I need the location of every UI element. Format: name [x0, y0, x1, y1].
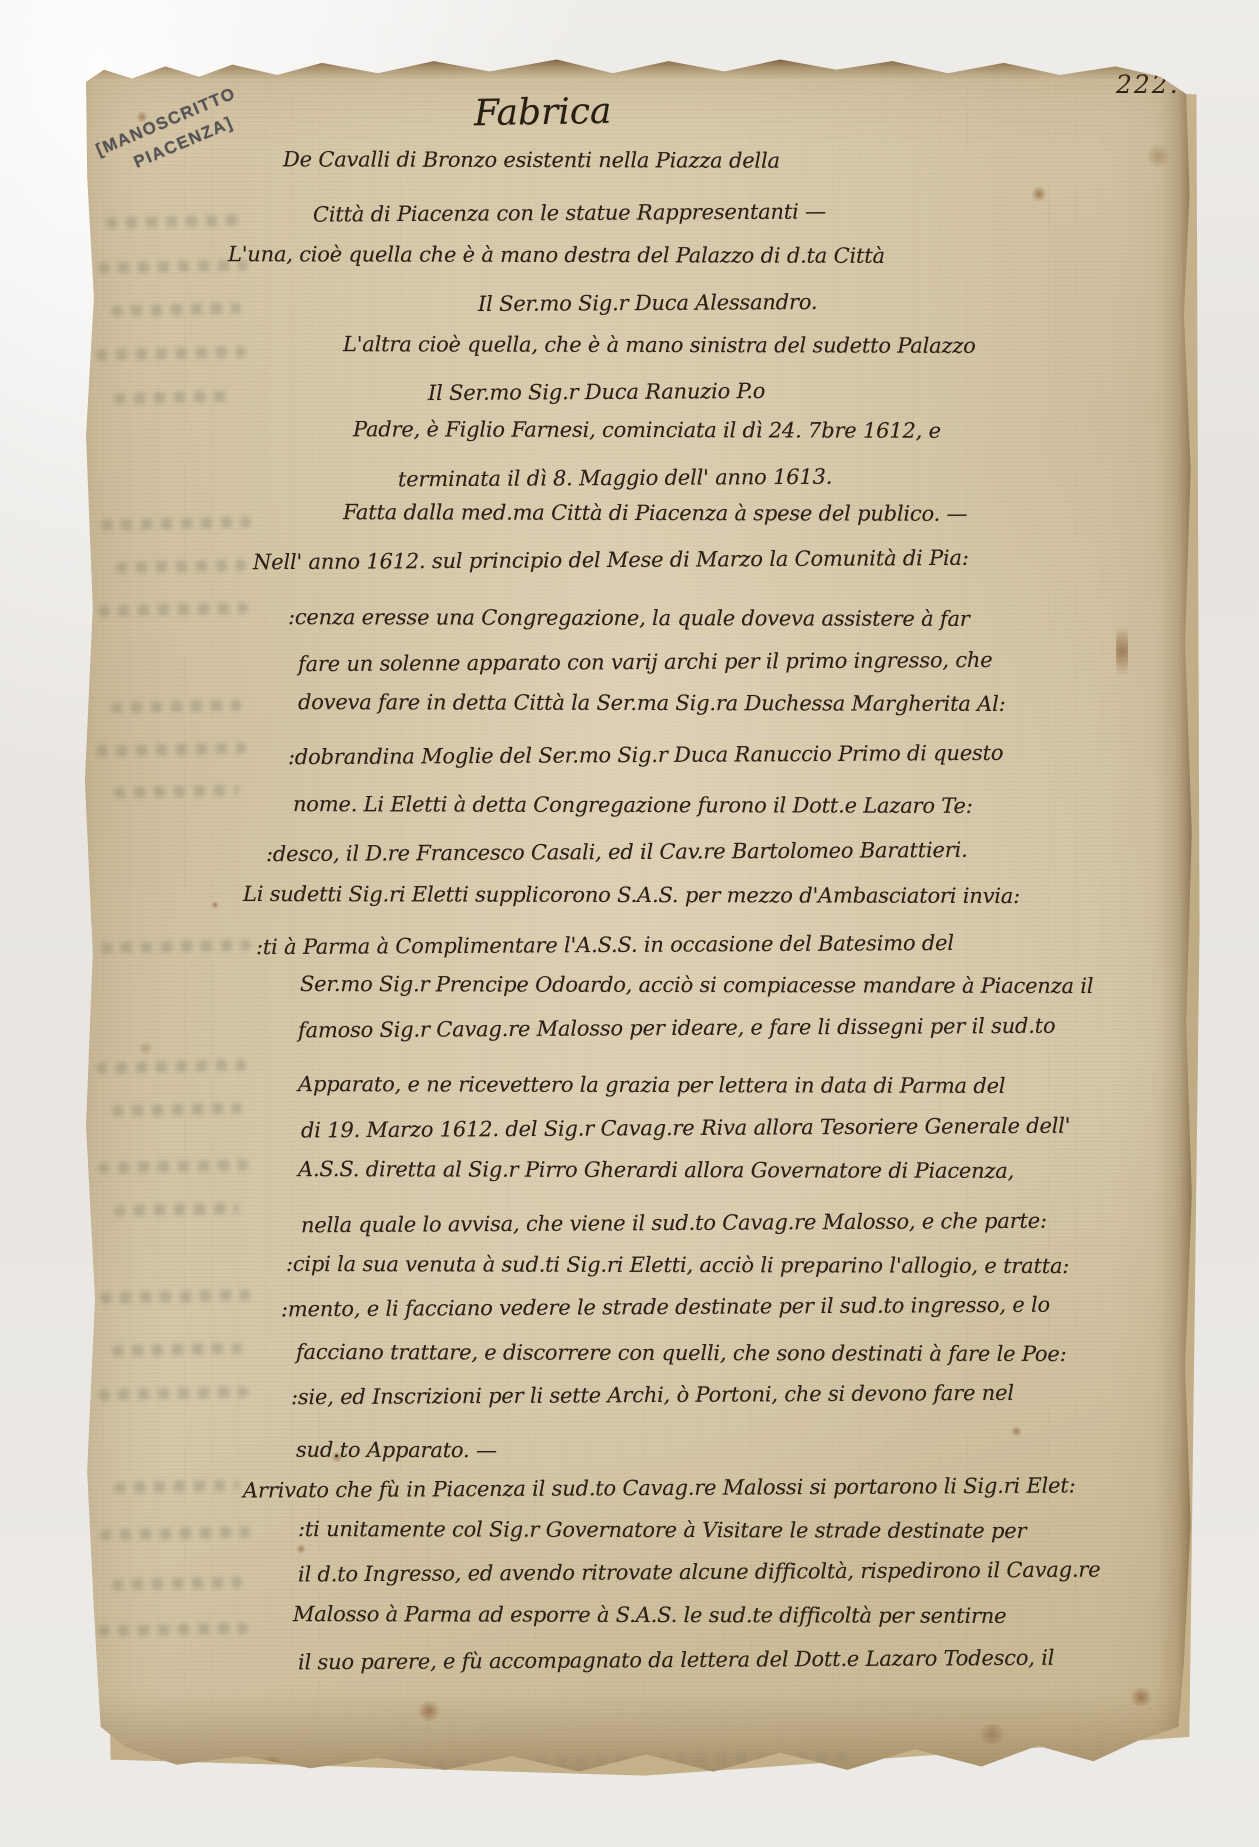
manuscript-line: Fatta dalla med.ma Città di Piacenza à s… — [343, 500, 967, 526]
bleedthrough-mark — [114, 1203, 239, 1217]
manuscript-line: :mento, e li facciano vedere le strade d… — [281, 1293, 1050, 1322]
bleedthrough-mark — [111, 700, 241, 714]
torn-top-edge — [76, 56, 1194, 80]
manuscript-line: Il Ser.mo Sig.r Duca Ranuzio P.o — [428, 379, 765, 405]
manuscript-line: Li sudetti Sig.ri Eletti supplicorono S.… — [243, 882, 1020, 908]
manuscript-line: nome. Li Eletti à detta Congregazione fu… — [293, 792, 973, 818]
manuscript-line: Malosso à Parma ad esporre à S.A.S. le s… — [293, 1602, 1006, 1628]
bleedthrough-mark — [114, 391, 234, 405]
bleedthrough-mark — [111, 303, 241, 317]
manuscript-line: facciano trattare, e discorrere con quel… — [296, 1340, 1067, 1366]
stain — [1116, 616, 1128, 686]
manuscript-line: De Cavalli di Bronzo esistenti nella Pia… — [283, 147, 780, 172]
manuscript-line: di 19. Marzo 1612. del Sig.r Cavag.re Ri… — [301, 1114, 1070, 1143]
manuscript-line: il suo parere, e fù accompagnato da lett… — [298, 1646, 1054, 1675]
manuscript-line: Padre, è Figlio Farnesi, cominciata il d… — [353, 417, 941, 443]
bleedthrough-mark — [114, 785, 239, 799]
bleedthrough-mark — [100, 1289, 250, 1303]
manuscript-line: Città di Piacenza con le statue Rapprese… — [313, 199, 826, 226]
stain — [296, 1544, 306, 1554]
manuscript-line: nella quale lo avvisa, che viene il sud.… — [301, 1209, 1047, 1238]
bleedthrough-mark — [101, 516, 251, 530]
bleedthrough-mark — [96, 346, 246, 360]
manuscript-line: famoso Sig.r Cavag.re Malosso per ideare… — [298, 1014, 1056, 1043]
manuscript-page: [MANOSCRITTO PIACENZA] 222. Fabrica De C… — [76, 56, 1194, 1782]
stain — [138, 1041, 153, 1056]
manuscript-line: doveva fare in detta Città la Ser.ma Sig… — [298, 690, 1006, 716]
manuscript-line: L'una, cioè quella che è à mano destra d… — [228, 242, 885, 268]
bleedthrough-mark — [112, 1103, 242, 1117]
manuscript-line: terminata il dì 8. Maggio dell' anno 161… — [398, 465, 832, 492]
bleedthrough-mark — [98, 1386, 248, 1400]
manuscript-line: :dobrandina Moglie del Ser.mo Sig.r Duca… — [288, 741, 1003, 769]
manuscript-line: :ti à Parma à Complimentare l'A.S.S. in … — [256, 931, 954, 959]
manuscript-line: sud.to Apparato. — — [296, 1438, 497, 1463]
manuscript-line: fare un solenne apparato con varij archi… — [298, 648, 993, 676]
manuscript-line: :cenza eresse una Congregazione, la qual… — [288, 605, 970, 631]
bleedthrough-mark — [112, 1577, 242, 1591]
page-title: Fabrica — [474, 91, 612, 134]
archive-stamp: [MANOSCRITTO PIACENZA] — [92, 81, 250, 187]
bleedthrough-mark — [98, 1622, 248, 1636]
bleedthrough-mark — [106, 215, 246, 229]
manuscript-line: :desco, il D.re Francesco Casali, ed il … — [266, 838, 968, 866]
manuscript-line: Ser.mo Sig.r Prencipe Odoardo, acciò si … — [300, 972, 1093, 998]
bleedthrough-mark — [96, 1059, 246, 1073]
folio-number: 222. — [1116, 70, 1180, 99]
scan-background: { "document": { "folio_number": "222.", … — [0, 0, 1259, 1847]
bleedthrough-mark — [114, 1480, 239, 1494]
bleedthrough-mark — [101, 939, 251, 953]
manuscript-line: A.S.S. diretta al Sig.r Pirro Gherardi a… — [298, 1157, 1014, 1183]
bleedthrough-mark — [100, 1526, 250, 1540]
manuscript-line: Nell' anno 1612. sul principio del Mese … — [253, 546, 969, 574]
bleedthrough-mark — [98, 259, 248, 273]
manuscript-line: :sie, ed Inscrizioni per li sette Archi,… — [291, 1381, 1014, 1409]
bleedthrough-mark — [112, 1343, 242, 1357]
stain — [1031, 186, 1047, 202]
bleedthrough-mark — [116, 560, 246, 574]
manuscript-line: :ti unitamente col Sig.r Governatore à V… — [298, 1517, 1026, 1543]
manuscript-line: Il Ser.mo Sig.r Duca Alessandro. — [478, 290, 817, 316]
manuscript-line: L'altra cioè quella, che è à mano sinist… — [343, 332, 976, 358]
manuscript-line: :cipi la sua venuta à sud.ti Sig.ri Elet… — [286, 1252, 1069, 1278]
manuscript-line: Apparato, e ne ricevettero la grazia per… — [298, 1072, 1005, 1098]
bleedthrough-mark — [98, 602, 248, 616]
stain — [211, 901, 219, 909]
bleedthrough-mark — [96, 742, 246, 756]
stain — [1011, 1426, 1022, 1437]
bleedthrough-mark — [98, 1159, 248, 1173]
manuscript-line: Arrivato che fù in Piacenza il sud.to Ca… — [243, 1473, 1076, 1502]
manuscript-line: il d.to Ingresso, ed avendo ritrovate al… — [298, 1558, 1101, 1587]
